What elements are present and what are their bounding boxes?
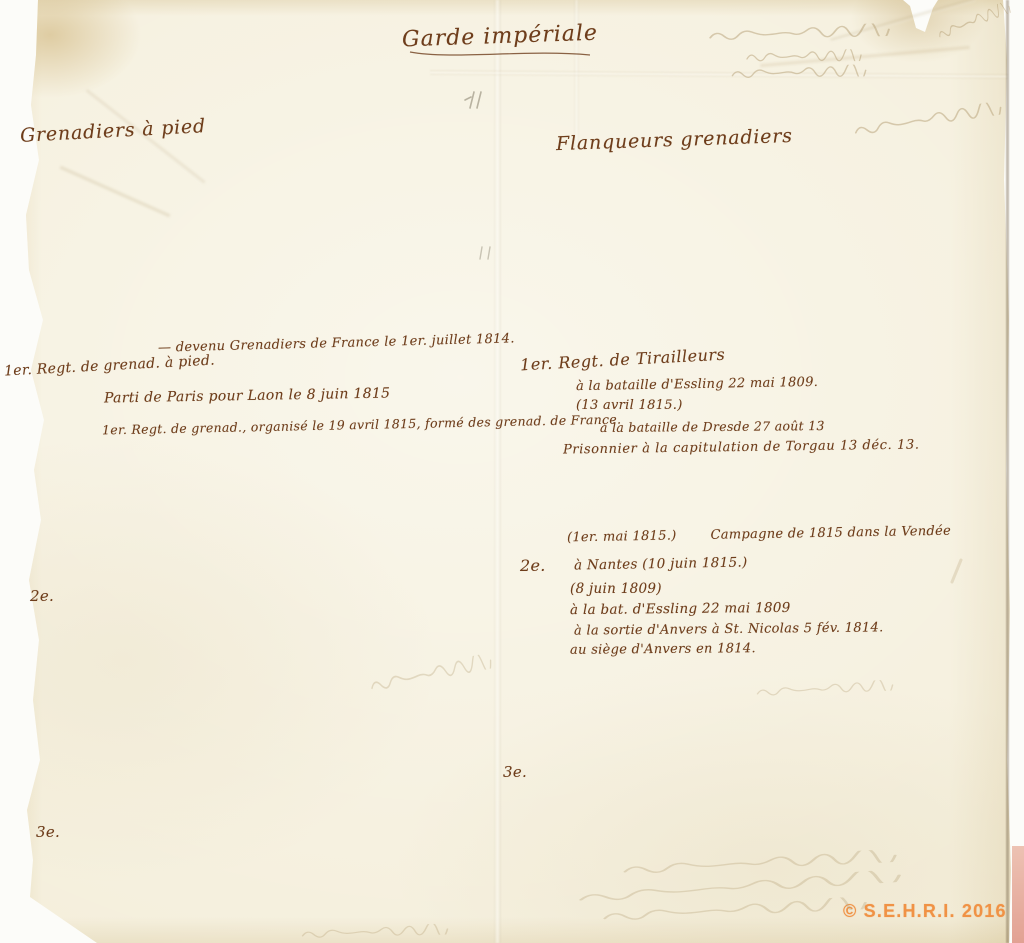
tirailleurs-reg1-line2: (13 avril 1815.) xyxy=(576,398,683,413)
pencil-mark-upper xyxy=(462,88,488,112)
center-mark-3e: 3e. xyxy=(503,763,527,781)
tirailleurs-reg2-line2: à Nantes (10 juin 1815.) xyxy=(574,554,748,573)
manuscript-paper-sheet xyxy=(0,0,1024,943)
left-margin-mark-3e: 3e. xyxy=(36,823,60,841)
pencil-mark-lower xyxy=(477,243,497,263)
bleedthrough-top-right-2 xyxy=(745,49,863,63)
ink-smudge-right-edge xyxy=(948,556,966,586)
tirailleurs-reg2-line3: (8 juin 1809) xyxy=(570,581,662,597)
tirailleurs-reg2-line4: à la bat. d'Essling 22 mai 1809 xyxy=(570,600,791,618)
left-margin-mark-2e: 2e. xyxy=(30,587,54,605)
tirailleurs-reg1-line3: à la bataille de Dresde 27 août 13 xyxy=(600,418,825,435)
tirailleurs-reg2-line6: au siège d'Anvers en 1814. xyxy=(570,641,756,658)
scan-edge-pink-strip xyxy=(1012,846,1024,943)
tirailleurs-reg2-marker: 2e. xyxy=(520,556,546,575)
title-underline-flourish xyxy=(408,48,593,60)
reg2-line1-date: (1er. mai 1815.) xyxy=(567,528,677,545)
